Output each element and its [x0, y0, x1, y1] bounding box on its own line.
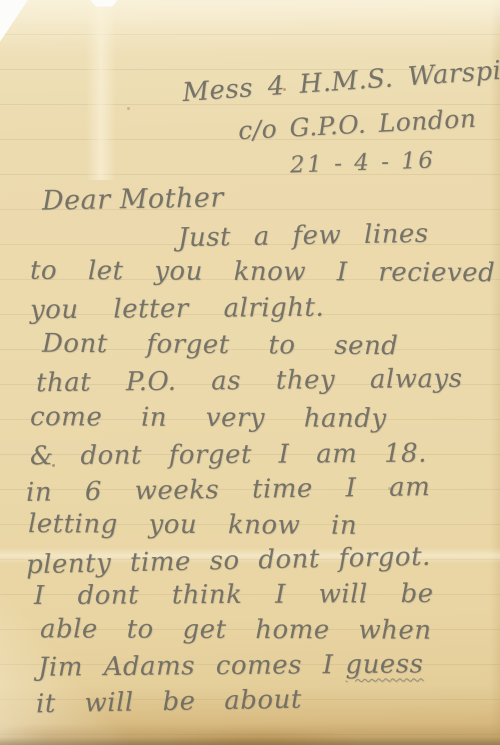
letter-line: you letter alright. — [30, 293, 324, 326]
letter-line: Jim Adams comes Iguess — [38, 649, 424, 682]
letter-line: & dont forget I am 18. — [30, 439, 427, 472]
letter-line: letting you know in — [28, 509, 357, 541]
letter-date: 21 - 4 - 16 — [290, 147, 436, 178]
letter-line: to let you know I recieved — [30, 256, 495, 288]
scanned-letter-page: Mess 4 H.M.S. Warspite c/o G.P.O. London… — [0, 0, 500, 745]
letter-line: that P.O. as they always — [36, 364, 463, 398]
paper-sheet: Mess 4 H.M.S. Warspite c/o G.P.O. London… — [0, 0, 500, 745]
letter-line: able to get home when — [40, 614, 432, 645]
letter-line: it will be about — [36, 685, 302, 720]
letter-line: in 6 weeks time I am — [26, 472, 431, 508]
address-line-1: Mess 4 H.M.S. Warspite — [181, 54, 500, 108]
letter-line: I dont think I will be — [34, 579, 434, 611]
letter-line: Dont forget to send — [42, 329, 399, 361]
letter-line: Just a few lines — [178, 219, 429, 253]
salutation: Dear Mother — [42, 182, 224, 216]
letter-line-text: Jim Adams comes I — [38, 650, 334, 683]
letter-line: plenty time so dont forgot. — [26, 542, 431, 580]
underlined-word: guess — [345, 649, 423, 680]
letter-line: come in very handy — [30, 402, 387, 434]
address-line-2: c/o G.P.O. London — [237, 104, 477, 145]
